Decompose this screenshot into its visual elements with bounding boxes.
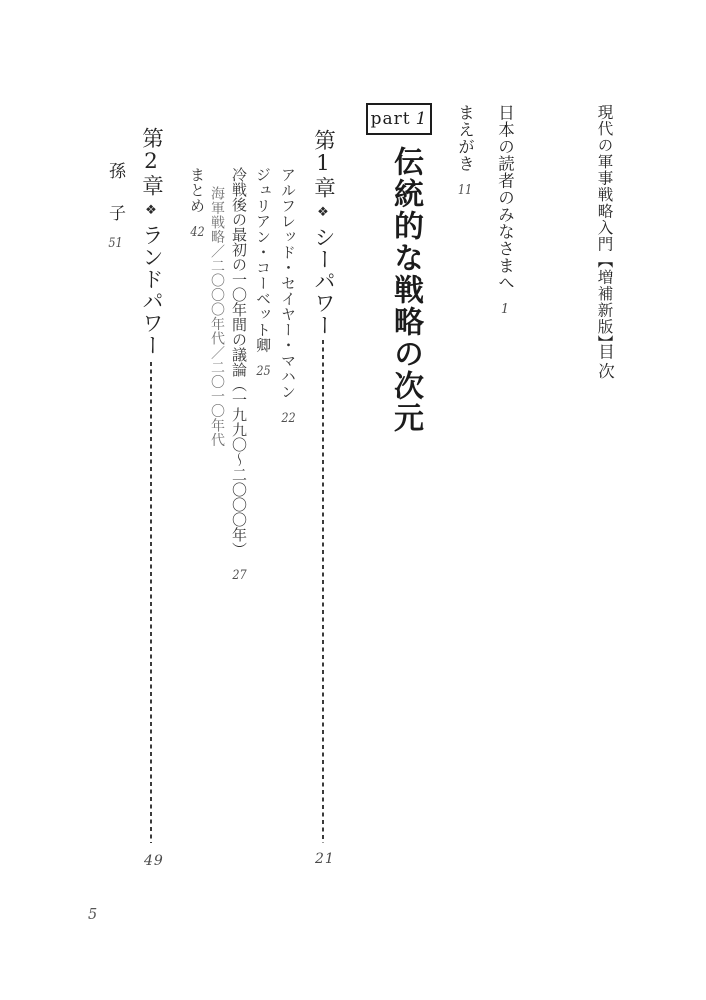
chapter2-number: 第2章 [139,127,164,197]
book-title: 現代の軍事戦略入門【増補新版】 [596,104,612,352]
chapter1-marker-icon: ❖ [316,205,331,221]
entry-mahan-label: アルフレッド・セイヤー・マハン [279,167,297,400]
entry-corbett-page: 25 [256,365,271,378]
chapter2-marker-icon: ❖ [144,203,159,219]
entry-corbett-label: ジュリアン・コーベット卿 [254,167,272,353]
front-matter-preface-page: 11 [458,184,473,197]
chapter1-heading: 第1章❖シーパワー [312,129,334,336]
front-matter-preface: まえがき11 [456,104,473,197]
entry-coldwar-debate-page: 27 [232,569,247,582]
entry-coldwar-debate: 冷戦後の最初の一〇年間の議論（一九九〇～二〇〇〇年）27 [231,167,246,582]
chapter2-heading: 第2章❖ランドパワー [140,127,162,356]
chapter1-number: 第1章 [311,129,336,199]
entry-sun-tzu-page: 51 [108,237,123,250]
entry-summary: まとめ42 [189,167,204,239]
front-matter-readers-page: 1 [498,303,513,316]
part-title: 伝統的な戦略の次元 [390,146,420,434]
front-matter-readers: 日本の読者のみなさまへ1 [496,104,513,316]
entry-mahan: アルフレッド・セイヤー・マハン22 [280,167,295,425]
entry-sun-tzu-label: 孫 子 [105,162,125,225]
part-tag: part1 [366,103,432,135]
toc-label: 目次 [596,343,613,382]
chapter1-title: シーパワー [311,226,336,336]
front-matter-preface-label: まえがき [456,104,475,172]
toc-page: 現代の軍事戦略入門【増補新版】 目次 日本の読者のみなさまへ1 まえがき11 p… [0,0,706,1000]
entry-sun-tzu: 孫 子51 [106,162,123,250]
entry-summary-label: まとめ [188,167,206,214]
front-matter-readers-label: 日本の読者のみなさまへ [496,104,515,291]
page-folio: 5 [88,907,98,923]
chapter1-page: 21 [315,851,335,867]
chapter2-page: 49 [144,853,164,869]
entry-corbett: ジュリアン・コーベット卿25 [255,167,270,378]
entry-naval-strategy-sub: 海軍戦略／二〇〇〇年代／二〇一〇年代 [210,186,224,447]
entry-summary-page: 42 [190,226,205,239]
entry-naval-strategy-sub-label: 海軍戦略／二〇〇〇年代／二〇一〇年代 [209,186,225,447]
entry-mahan-page: 22 [281,412,296,425]
part-tag-word: part [371,109,411,129]
chapter2-title: ランドパワー [139,224,164,356]
entry-coldwar-debate-label: 冷戦後の最初の一〇年間の議論（一九九〇～二〇〇〇年） [230,167,248,557]
chapter1-dotted-leader [322,340,324,843]
part-tag-number: 1 [416,109,428,129]
chapter2-dotted-leader [150,362,152,843]
